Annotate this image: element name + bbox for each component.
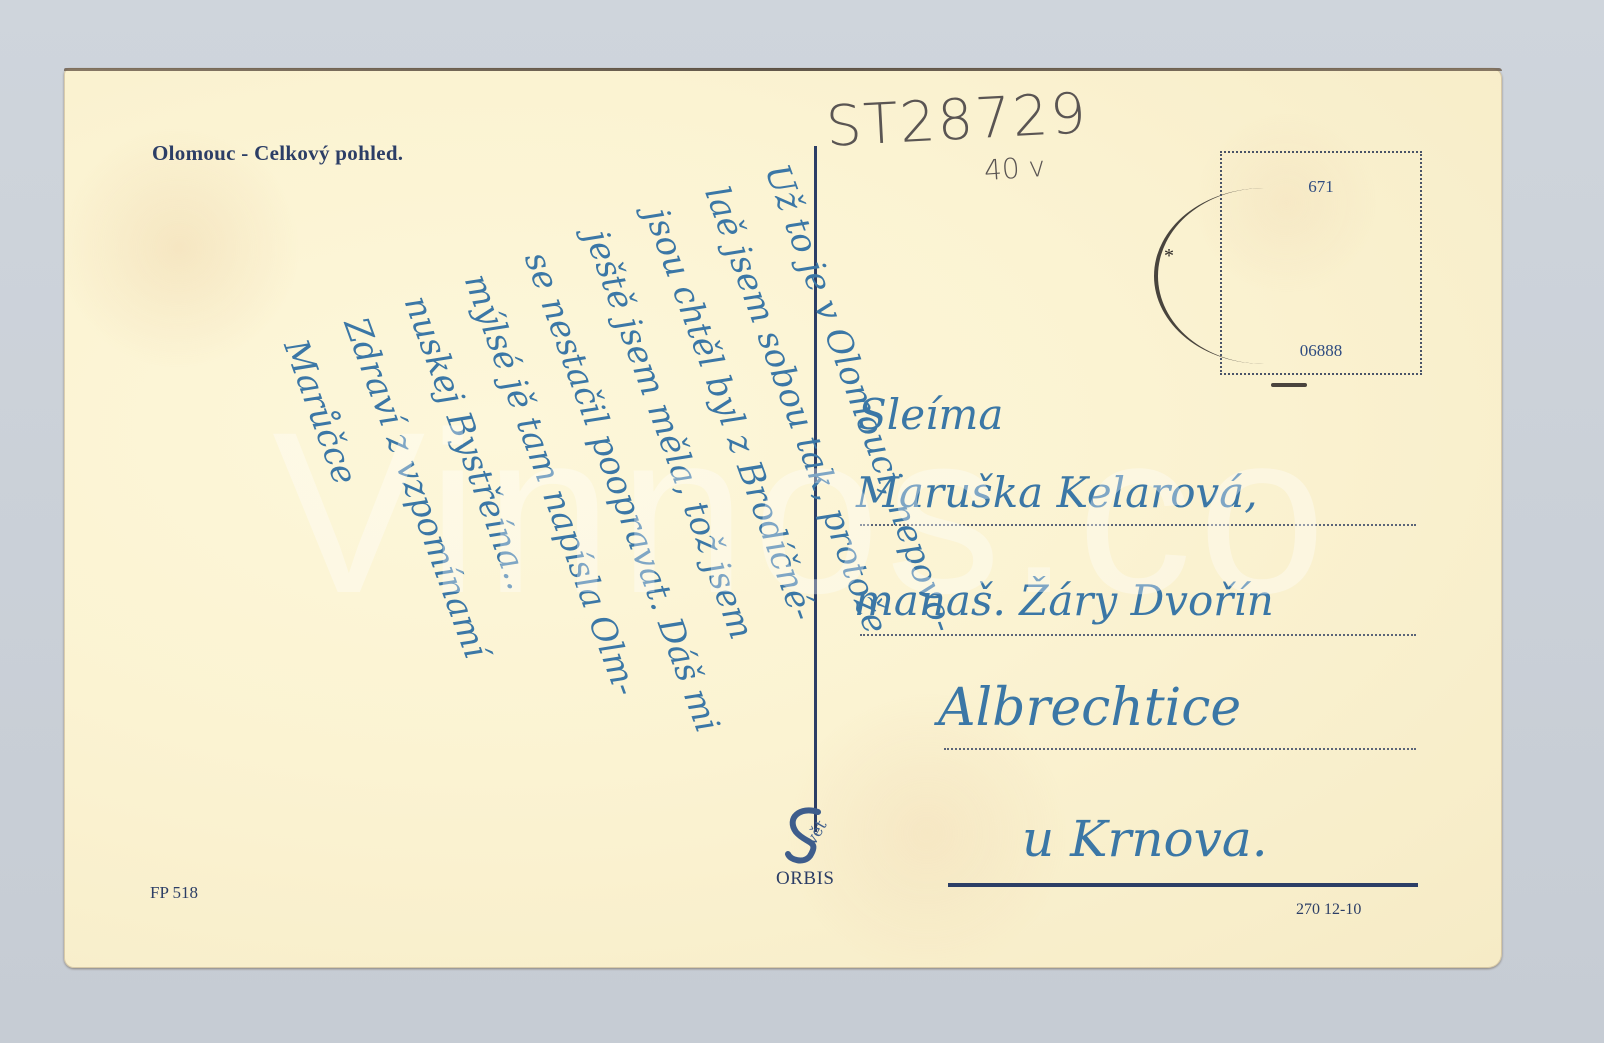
address-line-4: Albrechtice: [938, 678, 1241, 738]
card-edge: [64, 68, 1502, 71]
stamp-top-number: 671: [1222, 177, 1420, 197]
publisher-logo-icon: vět: [780, 804, 840, 866]
pencil-inventory-number: ST28729: [824, 81, 1089, 160]
pencil-price: 40 v: [983, 150, 1046, 187]
series-code: FP 518: [150, 883, 198, 903]
handwritten-message: Už to je v Olomouci, nepovo- laě jsem so…: [91, 155, 997, 941]
postcard-back: Olomouc - Celkový pohled. ST28729 40 v *…: [64, 68, 1502, 968]
stamp-bottom-number: 06888: [1222, 341, 1420, 361]
address-rule-1: [860, 524, 1416, 526]
svg-text:vět: vět: [801, 816, 831, 848]
postmark-star-icon: *: [1164, 245, 1174, 268]
address-line-5: u Krnova.: [1022, 810, 1268, 868]
print-code: 270 12-10: [1296, 901, 1361, 919]
publisher-name: ORBIS: [776, 868, 834, 890]
address-rule-final: [948, 883, 1418, 887]
postmark-mark: [1271, 383, 1307, 387]
address-rule-3: [944, 748, 1416, 750]
printed-title: Olomouc - Celkový pohled.: [152, 141, 403, 166]
stamp-placeholder: 671 06888: [1220, 151, 1422, 375]
